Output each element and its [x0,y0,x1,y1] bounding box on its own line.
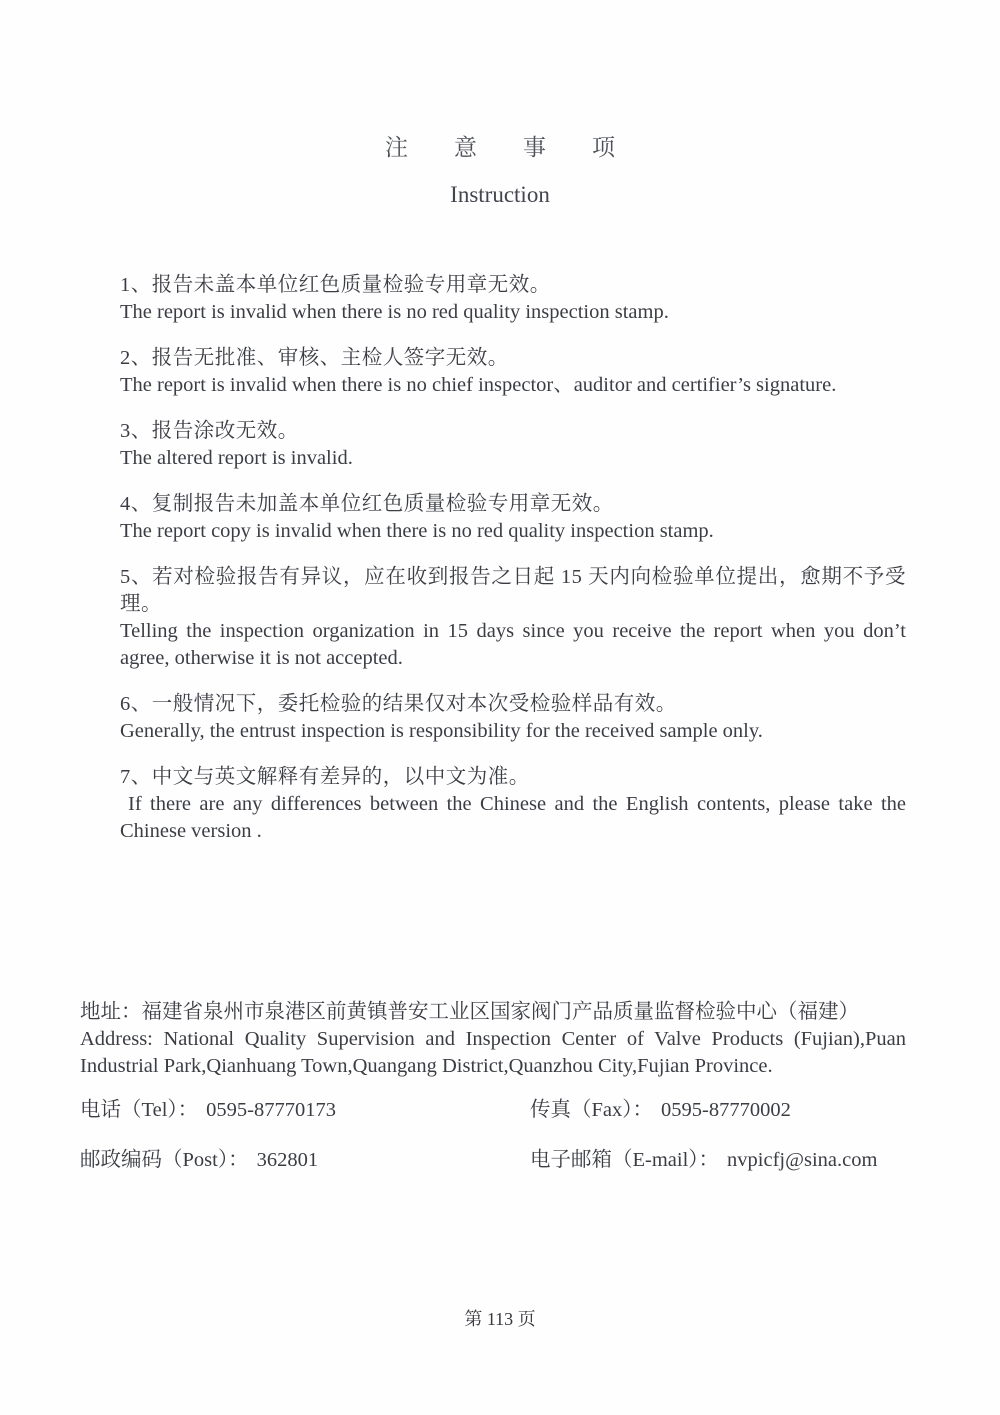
address-chinese: 地址：福建省泉州市泉港区前黄镇普安工业区国家阀门产品质量监督检验中心（福建） [80,999,906,1026]
contact-row-post-email: 邮政编码（Post）： 362801 电子邮箱（E-mail）： nvpicfj… [80,1147,920,1174]
tel-label: 电话（Tel）： [80,1097,198,1124]
notice-item-4: 4、复制报告未加盖本单位红色质量检验专用章无效。 The report copy… [120,491,906,545]
address-block: 地址：福建省泉州市泉港区前黄镇普安工业区国家阀门产品质量监督检验中心（福建） A… [80,999,906,1080]
notice-item-6: 6、一般情况下，委托检验的结果仅对本次受检验样品有效。 Generally, t… [120,691,906,745]
notice-item-5-english: Telling the inspection organization in 1… [120,618,906,672]
notice-item-1-english: The report is invalid when there is no r… [120,299,906,326]
email-value: nvpicfj@sina.com [727,1147,877,1174]
address-english: Address: National Quality Supervision an… [80,1026,906,1080]
notice-item-7-chinese: 7、中文与英文解释有差异的，以中文为准。 [120,764,906,791]
notice-item-2-english: The report is invalid when there is no c… [120,372,906,399]
page-title-chinese: 注意事项 [0,136,1000,159]
fax-value: 0595-87770002 [661,1097,791,1124]
notice-list: 1、报告未盖本单位红色质量检验专用章无效。 The report is inva… [120,272,906,845]
notice-item-5-chinese: 5、若对检验报告有异议，应在收到报告之日起 15 天内向检验单位提出，愈期不予受… [120,564,906,618]
notice-item-4-english: The report copy is invalid when there is… [120,518,906,545]
page-title-english: Instruction [0,183,1000,206]
notice-item-3-chinese: 3、报告涂改无效。 [120,418,906,445]
post-field: 邮政编码（Post）： 362801 [80,1147,530,1174]
fax-field: 传真（Fax）： 0595-87770002 [530,1097,791,1124]
email-label: 电子邮箱（E-mail）： [530,1147,719,1174]
notice-item-4-chinese: 4、复制报告未加盖本单位红色质量检验专用章无效。 [120,491,906,518]
contact-block: 电话（Tel）： 0595-87770173 传真（Fax）： 0595-877… [80,1097,920,1174]
notice-item-6-english: Generally, the entrust inspection is res… [120,718,906,745]
notice-item-5: 5、若对检验报告有异议，应在收到报告之日起 15 天内向检验单位提出，愈期不予受… [120,564,906,672]
notice-item-3-english: The altered report is invalid. [120,445,906,472]
contact-row-tel-fax: 电话（Tel）： 0595-87770173 传真（Fax）： 0595-877… [80,1097,920,1124]
notice-item-2-chinese: 2、报告无批准、审核、主检人签字无效。 [120,345,906,372]
notice-item-1: 1、报告未盖本单位红色质量检验专用章无效。 The report is inva… [120,272,906,326]
notice-item-3: 3、报告涂改无效。 The altered report is invalid. [120,418,906,472]
post-value: 362801 [257,1147,319,1174]
instruction-page: 注意事项 Instruction 1、报告未盖本单位红色质量检验专用章无效。 T… [0,0,1000,1415]
tel-field: 电话（Tel）： 0595-87770173 [80,1097,530,1124]
post-label: 邮政编码（Post）： [80,1147,249,1174]
notice-item-7-english: If there are any differences between the… [120,791,906,845]
tel-value: 0595-87770173 [206,1097,336,1124]
notice-item-7: 7、中文与英文解释有差异的，以中文为准。 If there are any di… [120,764,906,845]
page-number: 第 113 页 [0,1306,1000,1333]
notice-item-2: 2、报告无批准、审核、主检人签字无效。 The report is invali… [120,345,906,399]
email-field: 电子邮箱（E-mail）： nvpicfj@sina.com [530,1147,877,1174]
fax-label: 传真（Fax）： [530,1097,653,1124]
notice-item-6-chinese: 6、一般情况下，委托检验的结果仅对本次受检验样品有效。 [120,691,906,718]
notice-item-1-chinese: 1、报告未盖本单位红色质量检验专用章无效。 [120,272,906,299]
